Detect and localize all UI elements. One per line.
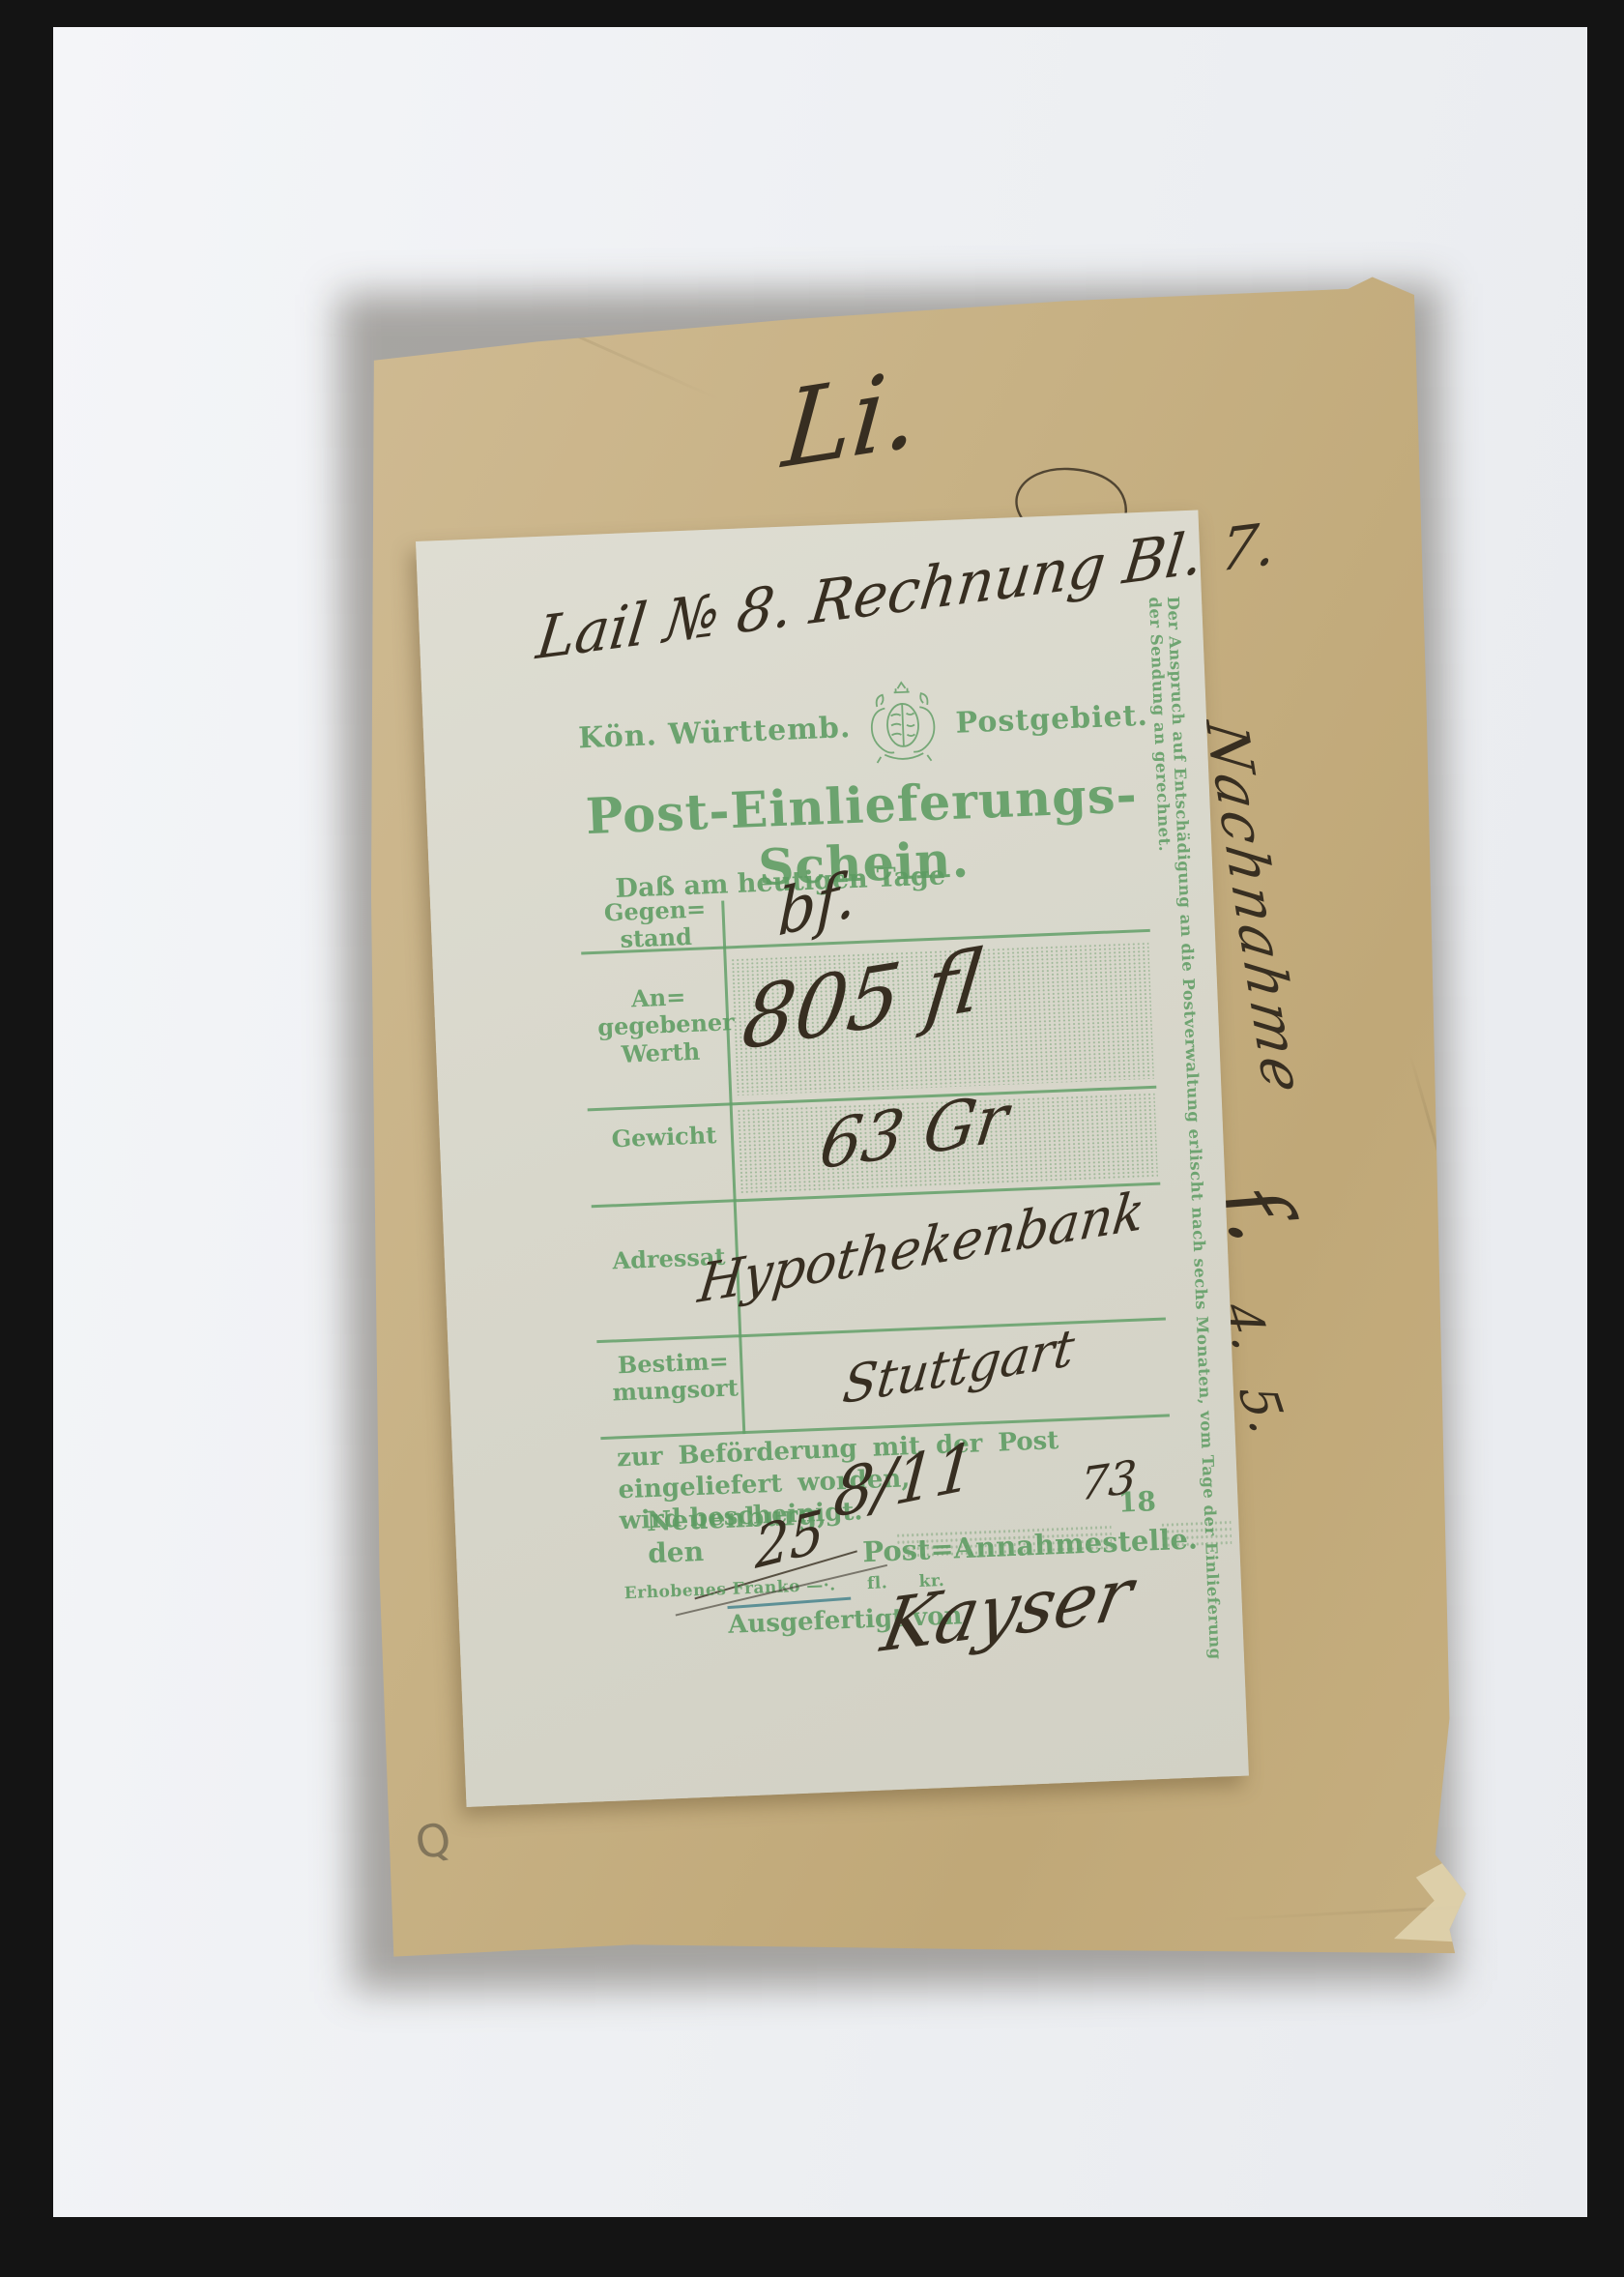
value-bestimmungsort-handwritten: Stuttgart [840,1323,1077,1413]
row-label-gegenstand: Gegen= stand [593,895,718,955]
envelope-torn-corner [1394,1850,1467,1942]
office-handwritten-number: 25 [755,1502,825,1577]
value-gegenstand-handwritten: bf. [777,862,856,947]
form-header: Kön. Württemb. Postgebiet. [576,669,1149,785]
form-table: Gegen= stand An= gegebener Werth Gewicht… [593,872,1170,1440]
row-label-bestimmungsort: Bestim= mungsort [611,1347,737,1407]
row-label-angegebener-werth: An= gegebener Werth [596,982,723,1069]
envelope-pencil-mark: Q [412,1816,454,1866]
franko-unit-fl: fl. [867,1573,888,1593]
envelope-note-5: 5. [1230,1384,1295,1437]
row-label-gewicht: Gewicht [601,1122,726,1153]
year-handwritten: 73 [1079,1453,1138,1506]
photo-background: Li. Nachnahme f. 4. 5. Q Lail № 8. Rechn… [53,27,1587,2217]
receipt-form: Lail № 8. Rechnung Bl. 7. Kön. Württemb. [416,510,1249,1806]
value-adressat-handwritten: Hypothekenbank [696,1184,1147,1311]
header-left: Kön. Württemb. [578,711,852,755]
photo-frame: Li. Nachnahme f. 4. 5. Q Lail № 8. Rechn… [0,0,1624,2277]
wuerttemberg-coat-of-arms-icon [855,677,952,774]
header-right: Postgebiet. [955,698,1149,740]
table-rule [596,1318,1166,1344]
